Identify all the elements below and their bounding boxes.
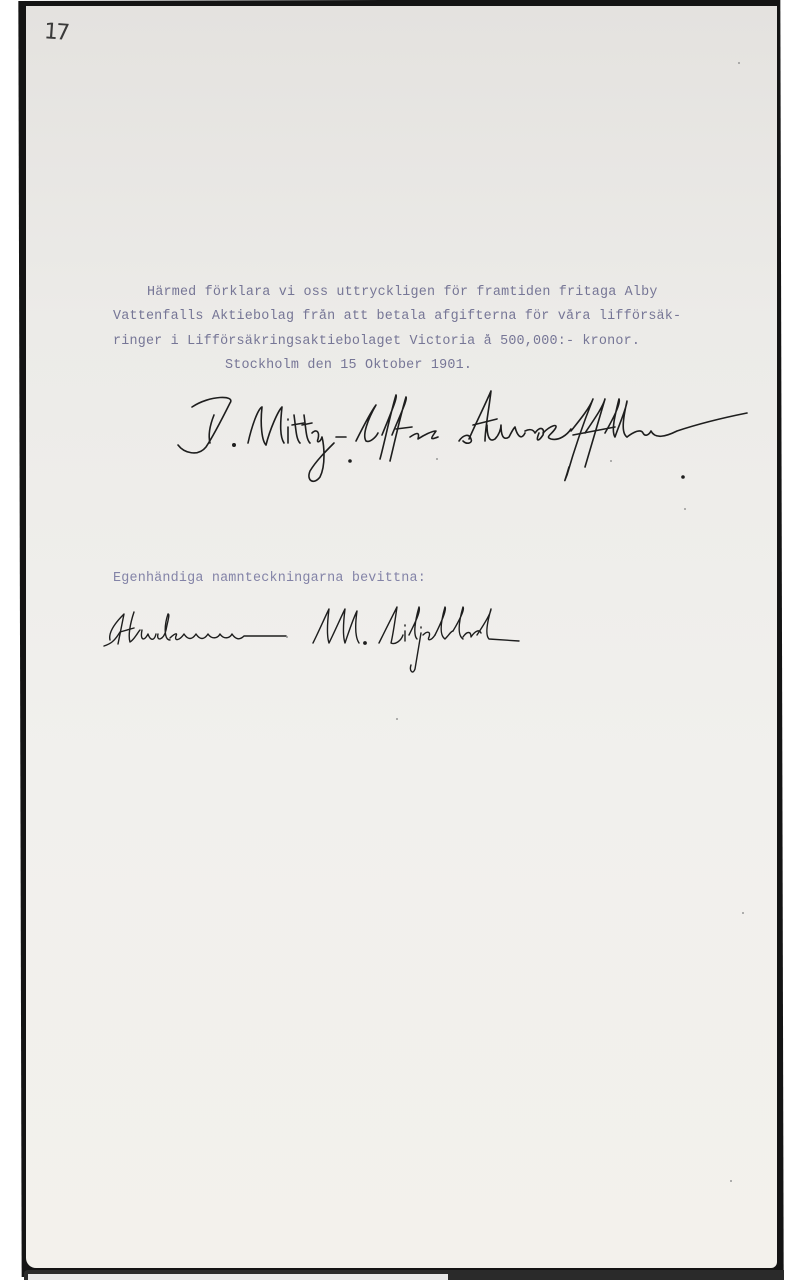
body-line-3: ringer i Lifförsäkringsaktiebolaget Vict… bbox=[113, 334, 640, 349]
signature-mittag-leffler bbox=[170, 385, 460, 495]
next-page-paper bbox=[28, 1274, 448, 1280]
signature-artur-leffler bbox=[455, 385, 755, 495]
paper-speck bbox=[730, 1180, 732, 1182]
paper-speck bbox=[610, 460, 612, 462]
body-line-2: Vattenfalls Aktiebolag från att betala a… bbox=[113, 309, 681, 324]
witness-label: Egenhändiga namnteckningarna bevittna: bbox=[113, 571, 426, 586]
paper-speck bbox=[742, 912, 744, 914]
signature-m-liljeblad bbox=[305, 595, 525, 675]
paper-speck bbox=[738, 62, 740, 64]
paper-speck bbox=[684, 508, 686, 510]
body-line-1: Härmed förklara vi oss uttryckligen för … bbox=[147, 285, 658, 300]
ink-dot bbox=[286, 636, 288, 638]
page-number: 17 bbox=[43, 19, 69, 46]
signature-h-andersson bbox=[100, 600, 300, 660]
paper-speck bbox=[436, 458, 438, 460]
paper-speck bbox=[396, 718, 398, 720]
place-date-line: Stockholm den 15 Oktober 1901. bbox=[225, 358, 472, 373]
